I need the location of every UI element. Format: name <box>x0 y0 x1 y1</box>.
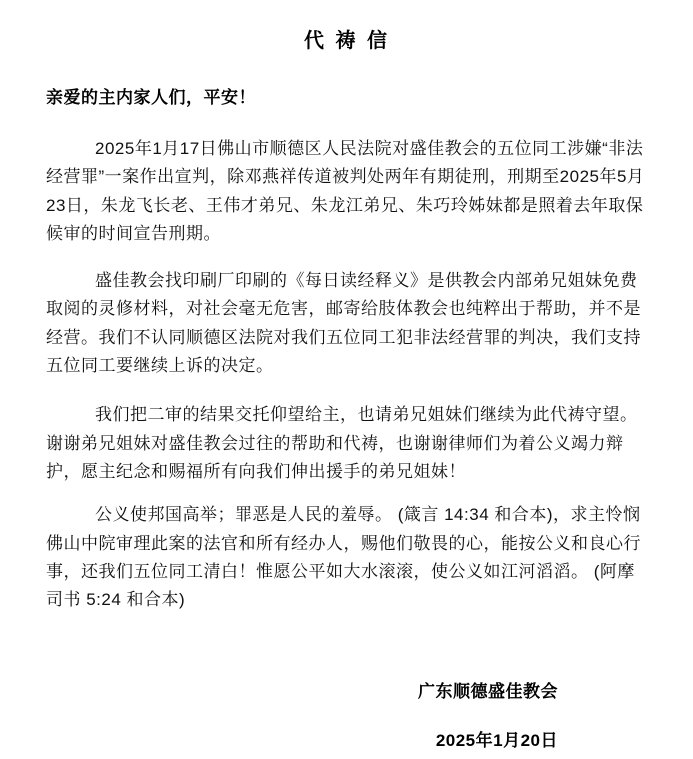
letter-paragraph-scripture: 公义使邦国高举；罪恶是人民的羞辱。 (箴言 14:34 和合本)，求主怜悯佛山中… <box>46 501 646 614</box>
letter-signature: 广东顺德盛佳教会 <box>46 678 558 706</box>
letter-paragraph-position: 盛佳教会找印刷厂印刷的《每日读经释义》是供教会内部弟兄姐妹免费取阅的灵修材料，对… <box>46 267 646 380</box>
letter-paragraph-thanks: 我们把二审的结果交托仰望给主，也请弟兄姐妹们继续为此代祷守望。谢谢弟兄姐妹对盛佳… <box>46 401 646 486</box>
letter-footer: 广东顺德盛佳教会 2025年1月20日 <box>46 678 646 755</box>
letter-body: 2025年1月17日佛山市顺德区人民法院对盛佳教会的五位同工涉嫌“非法经营罪”一… <box>46 135 646 614</box>
letter-date: 2025年1月20日 <box>46 727 558 755</box>
letter-greeting: 亲爱的主内家人们，平安！ <box>46 86 646 110</box>
prayer-letter-page: 代 祷 信 亲爱的主内家人们，平安！ 2025年1月17日佛山市顺德区人民法院对… <box>0 0 693 759</box>
page-title: 代 祷 信 <box>46 30 646 52</box>
letter-paragraph-verdict: 2025年1月17日佛山市顺德区人民法院对盛佳教会的五位同工涉嫌“非法经营罪”一… <box>46 135 646 248</box>
